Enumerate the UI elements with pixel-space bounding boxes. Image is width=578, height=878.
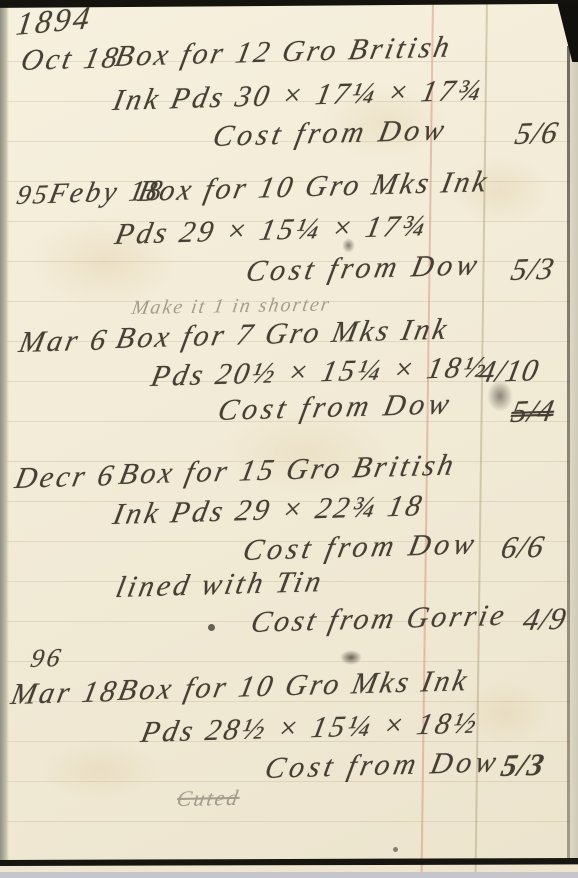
lining-note: lined with Tin (113, 565, 327, 605)
entry-date: Decr 6 (12, 459, 119, 496)
revised-cost-amount: 4/10 (476, 352, 542, 390)
entry-date: Oct 18 (18, 41, 124, 78)
page-crease-right (567, 46, 570, 860)
page-edge-left (0, 0, 9, 866)
scanned-ledger-photo: { "colors":{ "paper":"#f2ebd7", "ink":"#… (0, 0, 578, 878)
ledger-page: 1894 Oct 18 Box for 12 Gro British Ink P… (0, 0, 578, 872)
cost-label: Cost from Dow (240, 527, 481, 568)
struck-cost-amount: 5/4 (508, 393, 558, 430)
year-prefix: 96 (28, 643, 66, 674)
cost-amount: 5/3 (508, 251, 558, 288)
cost-label: Cost from Dow (243, 248, 484, 289)
cost-amount: 4/9 (520, 601, 570, 638)
page-edge-right (570, 46, 578, 864)
scan-background (0, 872, 578, 878)
cost-label: Cost from Dow (210, 113, 451, 154)
cost-label: Cost from Dow (262, 745, 503, 786)
cost-amount: 5/6 (512, 115, 562, 152)
cost-amount: 6/6 (498, 529, 548, 566)
pencil-annotation: Cuted (175, 785, 242, 812)
entry-date: Mar 6 (16, 323, 112, 360)
cost-label: Cost from Dow (215, 387, 456, 428)
cost-amount: 5/3 (498, 747, 548, 784)
entry-date: Mar 18 (8, 675, 122, 712)
